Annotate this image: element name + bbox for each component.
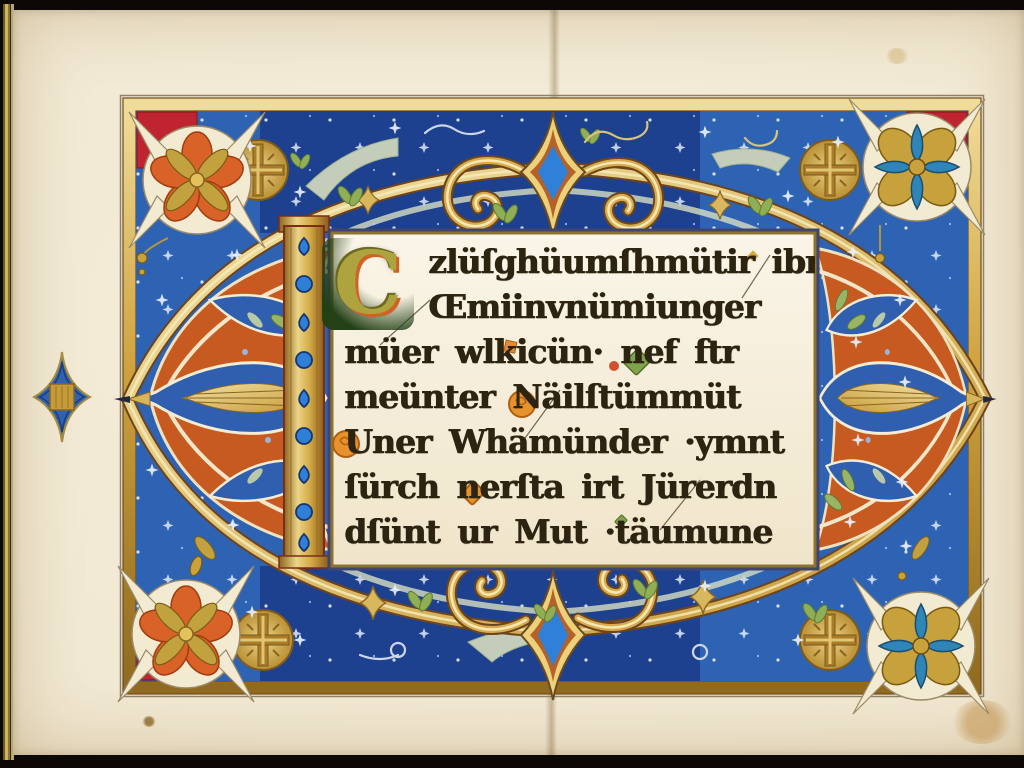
manuscript-line: dſünt ur Mut ·täumune (332, 509, 815, 554)
manuscript-line: ſürch nerſta irt Jürerdn (332, 464, 815, 509)
manuscript-text-block: zlüſghüumſhmütir ibr Œmiinvnümiunger müe… (332, 233, 815, 572)
manuscript-line: müer wlkicün· nef ftr (332, 329, 815, 374)
manuscript-line: meünter Näilſtümmüt (332, 374, 815, 419)
manuscript-photo: C zlüſghüumſhmütir ibr Œmiinvnümiunger m… (0, 0, 1024, 768)
corner-rosette-top-left (129, 112, 265, 248)
manuscript-line: Œmiinvnümiunger (332, 284, 815, 329)
margin-diamond (34, 352, 90, 442)
corner-rosette-bottom-right (853, 578, 989, 714)
manuscript-line: zlüſghüumſhmütir ibr (332, 239, 815, 284)
corner-rosette-top-right (849, 99, 985, 235)
manuscript-line: Uner Whämünder ·ymnt (332, 419, 815, 464)
corner-rosette-bottom-left (118, 566, 254, 702)
